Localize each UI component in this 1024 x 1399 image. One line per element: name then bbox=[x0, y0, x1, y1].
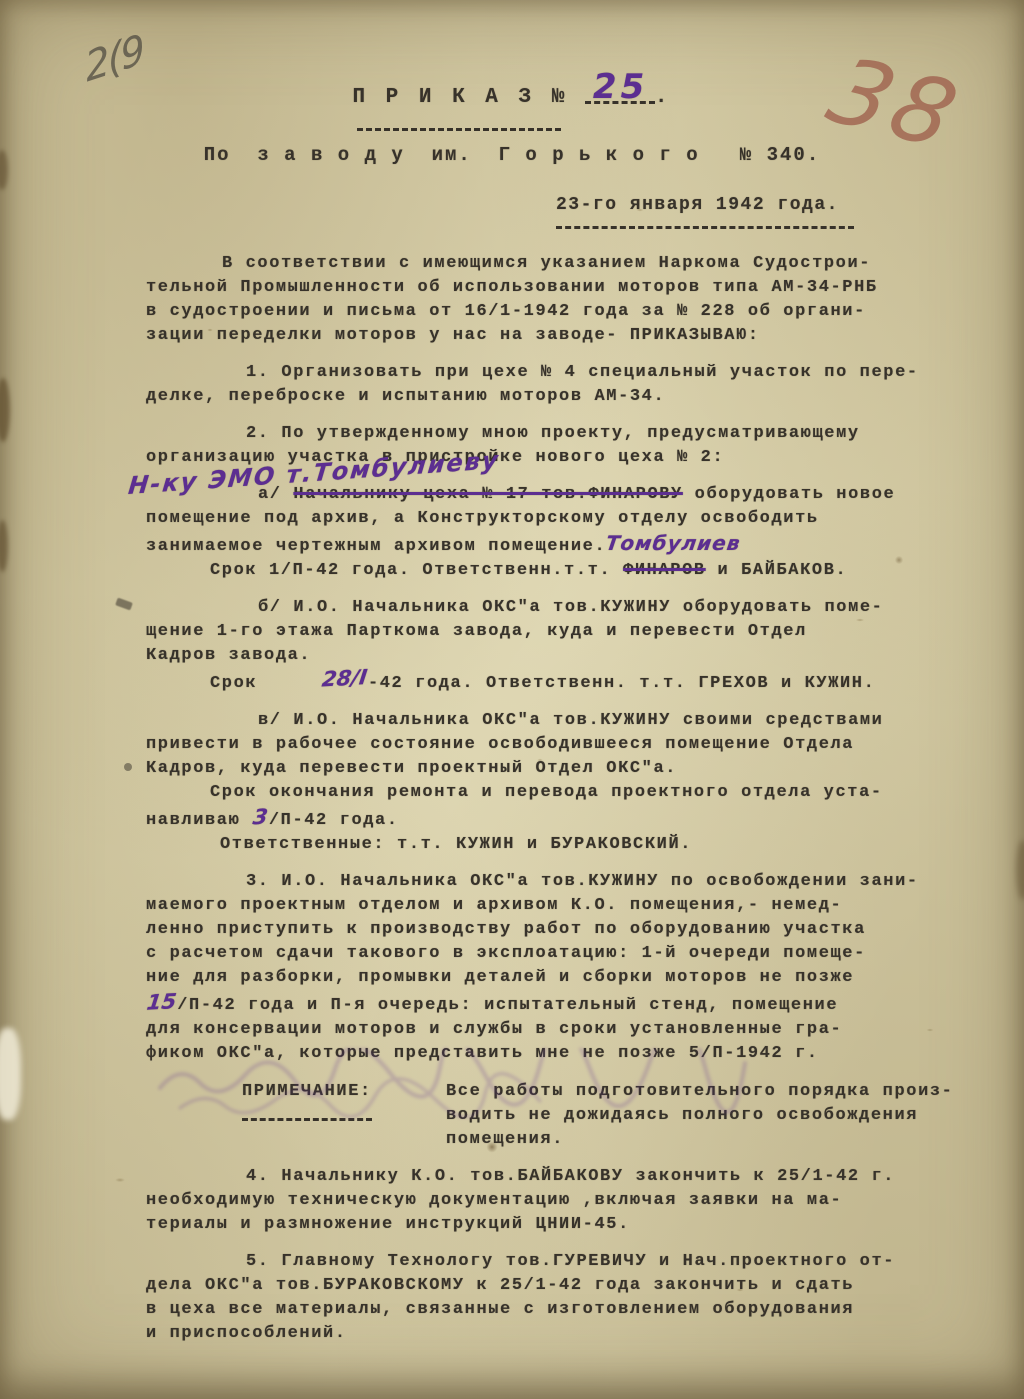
text-line: б/ И.О. Начальника ОКС"а тов.КУЖИНУ обор… bbox=[146, 596, 976, 620]
order-title-dot: . bbox=[655, 86, 672, 109]
text-line: необходимую техническую документацию ,вк… bbox=[146, 1189, 976, 1213]
text-line: водить не дожидаясь полного освобождения bbox=[446, 1104, 976, 1128]
dashed-underline bbox=[357, 128, 561, 131]
note-label: ПРИМЕЧАНИЕ: bbox=[242, 1080, 372, 1121]
factory-line: По з а в о д у им. Г о р ь к о г о № 340… bbox=[0, 143, 1024, 167]
text-line: В соответствии с имеющимся указанием Нар… bbox=[146, 252, 976, 276]
text-line: Ответственные: т.т. КУЖИН и БУРАКОВСКИЙ. bbox=[146, 833, 976, 857]
order-number-handwritten: 25 bbox=[593, 67, 648, 107]
paper-edge-stain bbox=[1016, 840, 1024, 900]
text-line: фиком ОКС"а, которые представить мне не … bbox=[146, 1042, 976, 1066]
text-line: помещения. bbox=[446, 1128, 976, 1152]
text-line: помещение под архив, а Конструкторскому … bbox=[146, 507, 976, 531]
handwritten-date: 3 bbox=[252, 805, 270, 830]
text-line: 2. По утвержденному мною проекту, предус… bbox=[146, 422, 976, 446]
text-line: и приспособлений. bbox=[146, 1322, 976, 1346]
text-line: щение 1-го этажа Парткома завода, куда и… bbox=[146, 620, 976, 644]
order-number-blank: 25 bbox=[585, 101, 655, 104]
text-line: 4. Начальнику К.О. тов.БАЙБАКОВУ закончи… bbox=[146, 1165, 976, 1189]
text-line: с расчетом сдачи такового в эксплоатацию… bbox=[146, 942, 976, 966]
text-segment: и БАЙБАКОВ. bbox=[706, 561, 848, 580]
pencil-margin-dot bbox=[124, 763, 132, 771]
text-line: делке, переброске и испытанию моторов АМ… bbox=[146, 385, 976, 409]
note-label-cell: ПРИМЕЧАНИЕ: bbox=[146, 1080, 446, 1152]
item-1: 1. Организовать при цехе № 4 специальный… bbox=[146, 361, 976, 409]
text-segment: Срок 1/П-42 года. Ответственн.т.т. bbox=[210, 561, 623, 580]
item-4: 4. Начальнику К.О. тов.БАЙБАКОВУ закончи… bbox=[146, 1165, 976, 1237]
text-line: 5. Главному Технологу тов.ГУРЕВИЧУ и Нач… bbox=[146, 1250, 976, 1274]
note-text: Все работы подготовительного порядка про… bbox=[446, 1080, 976, 1152]
text-line: Срок окончания ремонта и перевода проект… bbox=[146, 781, 976, 805]
struck-through-text: Начальнику цеха № 17 тов.ФИНАРОВУ bbox=[293, 485, 682, 504]
text-line: зации переделки моторов у нас на заводе-… bbox=[146, 324, 976, 348]
text-line: 15/П-42 года и П-я очередь: испытательны… bbox=[146, 990, 976, 1018]
handwritten-name: Томбулиев bbox=[605, 531, 743, 555]
text-line: маемого проектным отделом и архивом К.О.… bbox=[146, 894, 976, 918]
handwritten-date: 28/I bbox=[256, 665, 369, 695]
text-segment: /П-42 года и П-я очередь: испытательный … bbox=[177, 996, 838, 1015]
text-line: Все работы подготовительного порядка про… bbox=[446, 1080, 976, 1104]
text-segment: занимаемое чертежным архивом помещение. bbox=[146, 537, 606, 556]
text-line: ленно приступить к производству работ по… bbox=[146, 918, 976, 942]
text-line: Кадров, куда перевести проектный Отдел О… bbox=[146, 757, 976, 781]
text-line: тельной Промышленности об использовании … bbox=[146, 276, 976, 300]
text-line: занимаемое чертежным архивом помещение.Т… bbox=[146, 531, 976, 559]
dashed-underline bbox=[556, 226, 854, 229]
text-line: 1. Организовать при цехе № 4 специальный… bbox=[146, 361, 976, 385]
text-line: ние для разборки, промывки деталей и сбо… bbox=[146, 966, 976, 990]
item-2v: в/ И.О. Начальника ОКС"а тов.КУЖИНУ свои… bbox=[146, 709, 976, 857]
order-title-label: П Р И К А З № bbox=[352, 86, 568, 109]
scanned-order-document: 2(9 38 П Р И К А З № 25 . По з а в о д у… bbox=[0, 0, 1024, 1399]
paper-edge-stain bbox=[0, 378, 10, 442]
text-line: териалы и размножение инструкций ЦНИИ-45… bbox=[146, 1213, 976, 1237]
pencil-corner-annotation: 2(9 bbox=[83, 26, 145, 91]
text-line: Кадров завода. bbox=[146, 644, 976, 668]
item-5: 5. Главному Технологу тов.ГУРЕВИЧУ и Нач… bbox=[146, 1250, 976, 1346]
note-block: ПРИМЕЧАНИЕ: Все работы подготовительного… bbox=[146, 1080, 976, 1152]
item-2a: Н-ку ЭМО т.Томбулиеву а/ Начальнику цеха… bbox=[146, 483, 976, 583]
intro-paragraph: В соответствии с имеющимся указанием Нар… bbox=[146, 252, 976, 348]
paper-edge-stain bbox=[0, 520, 8, 572]
text-line: для консервации моторов и службы в сроки… bbox=[146, 1018, 976, 1042]
text-segment: /П-42 года. bbox=[269, 811, 399, 830]
text-segment: оборудовать новое bbox=[683, 485, 895, 504]
text-line: навливаю 3/П-42 года. bbox=[146, 805, 976, 833]
paper-torn-patch bbox=[0, 1028, 21, 1120]
text-line: в/ И.О. Начальника ОКС"а тов.КУЖИНУ свои… bbox=[146, 709, 976, 733]
struck-through-text: ФИНАРОВ bbox=[623, 561, 706, 580]
text-line: Срок28/I-42 года. Ответственн. т.т. ГРЕХ… bbox=[146, 668, 976, 696]
text-line: 3. И.О. Начальника ОКС"а тов.КУЖИНУ по о… bbox=[146, 870, 976, 894]
text-line: в цеха все материалы, связанные с изгото… bbox=[146, 1298, 976, 1322]
text-segment: Срок bbox=[210, 674, 257, 693]
text-line: Срок 1/П-42 года. Ответственн.т.т. ФИНАР… bbox=[146, 559, 976, 583]
document-body: В соответствии с имеющимся указанием Нар… bbox=[146, 252, 976, 1346]
handwritten-date: 15 bbox=[145, 989, 177, 1014]
order-title: П Р И К А З № 25 . bbox=[0, 86, 1024, 109]
text-segment: -42 года. Ответственн. т.т. ГРЕХОВ и КУЖ… bbox=[368, 674, 875, 693]
item-2b: б/ И.О. Начальника ОКС"а тов.КУЖИНУ обор… bbox=[146, 596, 976, 696]
text-segment: навливаю bbox=[146, 811, 252, 830]
pencil-margin-mark bbox=[115, 598, 133, 611]
text-line: дела ОКС"а тов.БУРАКОВСКОМУ к 25/1-42 го… bbox=[146, 1274, 976, 1298]
text-line: в судостроении и письма от 16/1-1942 год… bbox=[146, 300, 976, 324]
item-3: 3. И.О. Начальника ОКС"а тов.КУЖИНУ по о… bbox=[146, 870, 976, 1066]
text-line: привести в рабочее состояние освободивше… bbox=[146, 733, 976, 757]
date-line: 23-го января 1942 года. bbox=[556, 193, 839, 217]
